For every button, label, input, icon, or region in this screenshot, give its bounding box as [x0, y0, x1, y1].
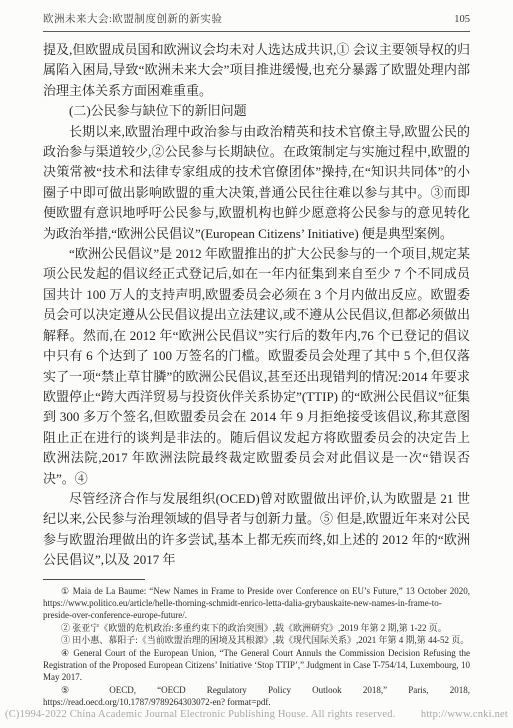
- body-paragraph: 尽管经济合作与发展组织(OCED)曾对欧盟做出评价,认为欧盟是 21 世纪以来,…: [43, 489, 470, 571]
- body-paragraph-continuation: 提及,但欧盟成员国和欧洲议会均未对人选达成共识,① 会议主要领导权的归属陷入困局…: [43, 40, 470, 101]
- copyright-bar: (C)1994-2022 China Academic Journal Elec…: [5, 709, 508, 720]
- header-divider: [43, 31, 470, 32]
- article-body: 提及,但欧盟成员国和欧洲议会均未对人选达成共识,① 会议主要领导权的归属陷入困局…: [43, 40, 470, 571]
- footnote-divider: [43, 579, 145, 580]
- cnki-url: http://www.cnki.net: [421, 709, 508, 720]
- footnote: ② 张亚宁《欧盟的危机政治:多重约束下的政治突围》,载《欧洲研究》,2019 年…: [43, 622, 470, 634]
- footnote: ⑤ OECD, “OECD Regulatory Policy Outlook …: [43, 684, 470, 709]
- body-paragraph: “欧洲公民倡议”是 2012 年欧盟推出的扩大公民参与的一个项目,规定某项公民发…: [43, 244, 470, 489]
- footnotes-section: ① Maia de La Baume: “New Names in Frame …: [43, 585, 470, 709]
- journal-page: 欧洲未来大会:欧盟制度创新的新实验 105 提及,但欧盟成员国和欧洲议会均未对人…: [0, 0, 513, 728]
- copyright-text: (C)1994-2022 China Academic Journal Elec…: [5, 709, 396, 720]
- footnote: ① Maia de La Baume: “New Names in Frame …: [43, 585, 470, 622]
- body-paragraph: 长期以来,欧盟治理中政治参与由政治精英和技术官僚主导,欧盟公民的政治参与渠道较少…: [43, 122, 470, 244]
- page-number: 105: [454, 13, 470, 27]
- footnote: ③ 田小惠、慕阳子:《当前欧盟治理的困境及其根源》,载《现代国际关系》,2021…: [43, 634, 470, 646]
- section-heading: (二)公民参与缺位下的新旧问题: [43, 101, 470, 121]
- page-header: 欧洲未来大会:欧盟制度创新的新实验 105: [43, 0, 470, 27]
- running-title: 欧洲未来大会:欧盟制度创新的新实验: [43, 13, 222, 27]
- footnote: ④ General Court of the European Union, “…: [43, 647, 470, 684]
